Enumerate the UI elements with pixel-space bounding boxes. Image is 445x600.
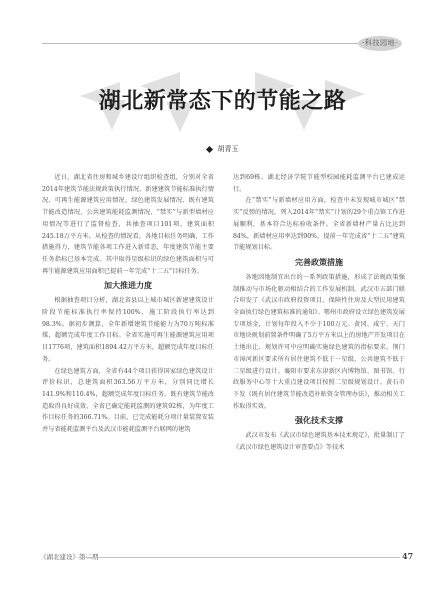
paragraph: 各地因地制宜出台的一系列政策措施，形成了法规政策强制推动与市场化驱动相结合的工作… (233, 272, 405, 412)
diamond-bullet-icon (205, 145, 212, 152)
author-line: 胡青玉 (0, 144, 445, 154)
section-heading: 完善政策措施 (233, 256, 405, 270)
paragraph: 在“禁实”与新墙材应用方面，检查中未发现城市城区“禁实”反弹的情况，列入2014… (233, 195, 405, 254)
paragraph: 近日，湖北省住房和城乡建设厅组织检查组，分别对全省2014年建筑节能法规政策执行… (42, 172, 214, 277)
paragraph: 在绿色建筑方面，全省有44个项目获得国家绿色建筑设计评价标识，总建筑面积363.… (42, 366, 214, 436)
section-heading: 强化技术支撑 (233, 414, 405, 428)
header-rule (42, 43, 358, 44)
paragraph: 根据抽查项目分析，湖北省县以上城市城区新建建筑设计阶段节能标准执行率保持100%… (42, 295, 214, 365)
footer-rule (78, 557, 400, 558)
page-number: 47 (402, 551, 413, 561)
author-name: 胡青玉 (218, 145, 239, 153)
paragraph: 武汉市发布《武汉市绿色建筑基本技术规定》，批量制订了《武汉市绿色建筑设计审查要点… (233, 430, 405, 453)
left-column: 近日，湖北省住房和城乡建设厅组织检查组，分别对全省2014年建筑节能法规政策执行… (42, 172, 214, 436)
title-banner: 湖北新常态下的节能之路 (80, 70, 365, 132)
article-title: 湖北新常态下的节能之路 (80, 84, 365, 115)
section-tag-badge: ·科技园地· (358, 36, 402, 51)
right-column: 达到69栋。湖北经济学院节能型校园能耗监测平台已建成运行。 在“禁实”与新墙材应… (233, 172, 405, 454)
paragraph: 达到69栋。湖北经济学院节能型校园能耗监测平台已建成运行。 (233, 172, 405, 195)
section-heading: 加大推进力度 (42, 279, 214, 293)
